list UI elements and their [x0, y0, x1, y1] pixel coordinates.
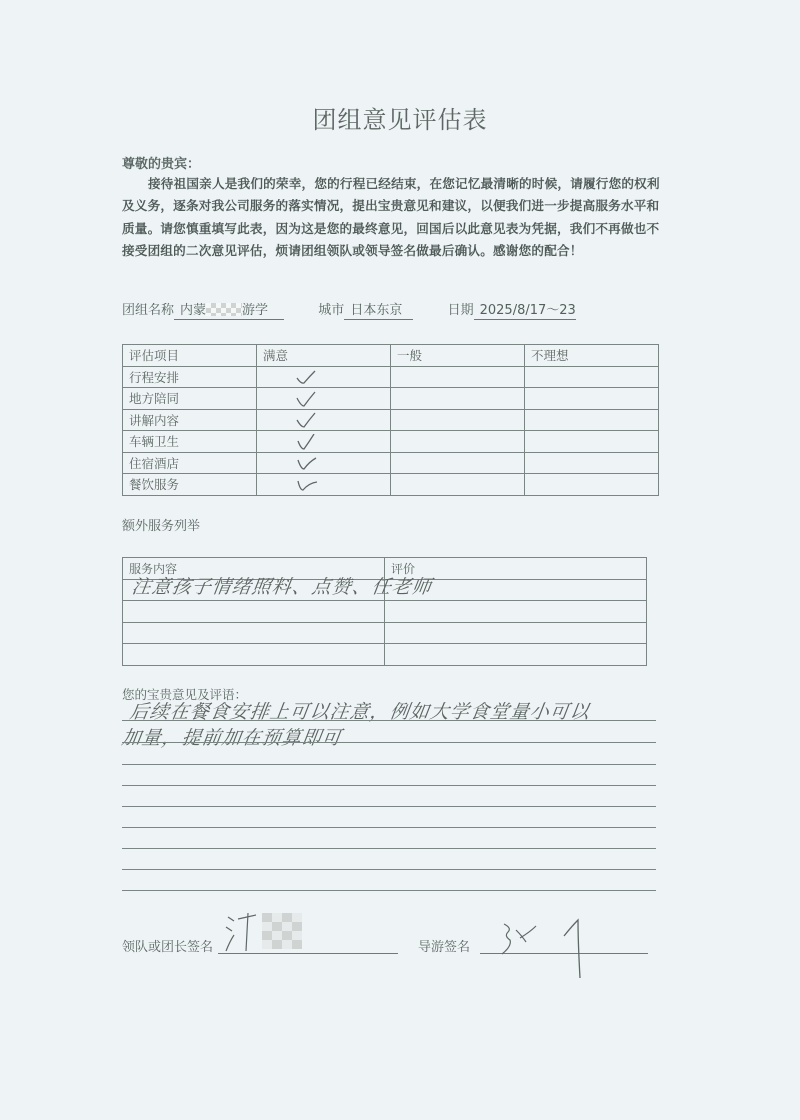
guide-signature-handwriting: [482, 912, 602, 980]
check-mark-icon: [295, 434, 317, 450]
leader-signature-label: 领队或团长签名: [122, 936, 213, 955]
comment-ruled-line[interactable]: [122, 890, 656, 891]
salutation: 尊敬的贵宾：: [122, 153, 200, 172]
check-mark-icon: [295, 412, 317, 428]
satisfied-cell[interactable]: [257, 474, 391, 496]
unsatisfactory-cell[interactable]: [525, 452, 659, 474]
unsatisfactory-cell[interactable]: [525, 388, 659, 410]
group-name-field[interactable]: 内蒙游学: [174, 299, 284, 320]
row-item: 讲解内容: [123, 409, 257, 431]
unsatisfactory-cell[interactable]: [525, 431, 659, 453]
evaluation-cell[interactable]: [385, 601, 647, 623]
comment-ruled-line[interactable]: [122, 848, 656, 849]
comment-ruled-line[interactable]: [122, 764, 656, 765]
group-meta-row: 团组名称内蒙游学 城市日本东京 日期2025/8/17～23: [122, 299, 576, 320]
table-row: [123, 644, 647, 666]
check-mark-icon: [295, 391, 317, 407]
leader-signature-handwriting: [222, 905, 312, 955]
redaction-mask: [206, 303, 242, 316]
check-mark-icon: [295, 477, 317, 493]
city-field[interactable]: 日本东京: [344, 299, 413, 320]
table-row: 行程安排: [123, 366, 659, 388]
service-cell[interactable]: [123, 622, 385, 644]
group-name-label: 团组名称: [122, 299, 174, 318]
table-row: 住宿酒店: [123, 452, 659, 474]
satisfied-cell[interactable]: [257, 388, 391, 410]
extra-services-label: 额外服务列举: [122, 515, 200, 534]
check-mark-icon: [295, 369, 317, 385]
row-item: 行程安排: [123, 366, 257, 388]
header-satisfied: 满意: [257, 345, 391, 367]
row-item: 车辆卫生: [123, 431, 257, 453]
average-cell[interactable]: [391, 388, 525, 410]
check-mark-icon: [295, 455, 317, 471]
table-row: [123, 622, 647, 644]
city-label: 城市: [318, 299, 344, 318]
table-row: [123, 601, 647, 623]
satisfied-cell[interactable]: [257, 366, 391, 388]
average-cell[interactable]: [391, 474, 525, 496]
comment-ruled-line[interactable]: [122, 742, 656, 743]
average-cell[interactable]: [391, 366, 525, 388]
average-cell[interactable]: [391, 431, 525, 453]
table-row: 地方陪同: [123, 388, 659, 410]
service-cell[interactable]: [123, 644, 385, 666]
comment-ruled-line[interactable]: [122, 827, 656, 828]
group-name-suffix: 游学: [242, 303, 268, 318]
table-row: 餐饮服务: [123, 474, 659, 496]
row-item: 餐饮服务: [123, 474, 257, 496]
satisfied-cell[interactable]: [257, 431, 391, 453]
header-average: 一般: [391, 345, 525, 367]
date-field[interactable]: 2025/8/17～23: [474, 299, 576, 320]
average-cell[interactable]: [391, 409, 525, 431]
average-cell[interactable]: [391, 452, 525, 474]
comment-ruled-line[interactable]: [122, 720, 656, 721]
evaluation-table: 评估项目 满意 一般 不理想 行程安排 地方陪同 讲解内容 车辆卫生 住宿酒店 …: [122, 344, 659, 496]
group-name-prefix: 内蒙: [180, 303, 206, 318]
satisfied-cell[interactable]: [257, 452, 391, 474]
evaluation-cell[interactable]: [385, 622, 647, 644]
header-item: 评估项目: [123, 345, 257, 367]
row-item: 住宿酒店: [123, 452, 257, 474]
handwritten-service-entry: 注意孩子情绪照料、点赞、任老师: [130, 572, 434, 599]
date-label: 日期: [448, 299, 474, 318]
comment-ruled-line[interactable]: [122, 806, 656, 807]
intro-paragraph: 接待祖国亲人是我们的荣幸，您的行程已经结束，在您记忆最清晰的时候，请履行您的权利…: [122, 173, 667, 262]
header-unsatisfactory: 不理想: [525, 345, 659, 367]
comment-ruled-line[interactable]: [122, 869, 656, 870]
comment-ruled-line[interactable]: [122, 785, 656, 786]
unsatisfactory-cell[interactable]: [525, 409, 659, 431]
evaluation-cell[interactable]: [385, 644, 647, 666]
evaluation-header-row: 评估项目 满意 一般 不理想: [123, 345, 659, 367]
satisfied-cell[interactable]: [257, 409, 391, 431]
guide-signature-label: 导游签名: [418, 936, 470, 955]
unsatisfactory-cell[interactable]: [525, 366, 659, 388]
table-row: 车辆卫生: [123, 431, 659, 453]
form-title: 团组意见评估表: [0, 100, 800, 135]
service-cell[interactable]: [123, 601, 385, 623]
table-row: 讲解内容: [123, 409, 659, 431]
row-item: 地方陪同: [123, 388, 257, 410]
handwritten-comment-line-2: 加量，提前加在预算即可: [120, 723, 344, 750]
unsatisfactory-cell[interactable]: [525, 474, 659, 496]
